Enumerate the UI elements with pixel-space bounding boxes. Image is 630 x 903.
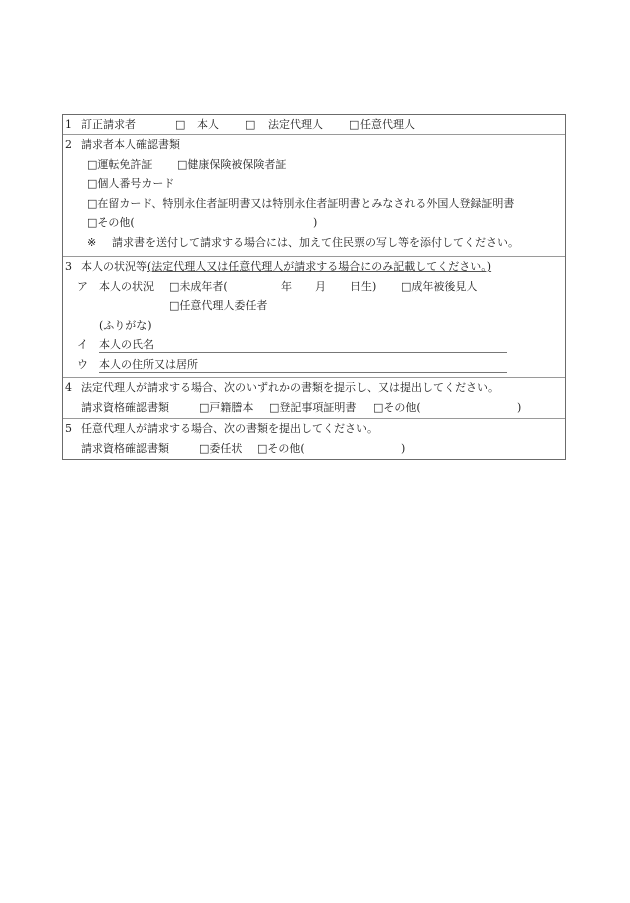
section-identity-documents: 2 請求者本人確認書類 □運転免許証 □健康保険被保険者証 □個人番号カード □… [63, 134, 565, 256]
section-voluntary-agent-documents: 5 任意代理人が請求する場合、次の書類を提出してください。 請求資格確認書類 □… [63, 418, 565, 459]
birth-year-label: 年 [281, 277, 292, 297]
checkbox-power-of-attorney[interactable]: □委任状 [199, 439, 242, 459]
section-number: 1 [65, 115, 72, 135]
qualification-docs-label: 請求資格確認書類 [81, 439, 169, 459]
principal-address-field[interactable] [99, 372, 507, 373]
section-number: 2 [65, 135, 72, 155]
checkbox-adult-ward[interactable]: □成年被後見人 [401, 277, 477, 297]
checkbox-health-insurance-card[interactable]: □健康保険被保険者証 [177, 155, 286, 175]
item-marker-a: ア [77, 277, 88, 297]
section-label: 任意代理人が請求する場合、次の書類を提出してください。 [81, 419, 378, 439]
other-voluntary-doc-close-paren: ) [401, 439, 405, 459]
checkbox-legal-agent[interactable]: □ [245, 115, 255, 135]
section-label: 本人の状況等 [81, 257, 147, 277]
checkbox-self[interactable]: □ [175, 115, 185, 135]
checkbox-other-document[interactable]: □その他( [87, 213, 135, 233]
section-label: 訂正請求者 [81, 115, 136, 135]
other-document-close-paren: ) [313, 213, 317, 233]
section-number: 3 [65, 257, 72, 277]
option-legal-agent-label: 法定代理人 [268, 115, 323, 135]
section-requester: 1 訂正請求者 □ 本人 □ 法定代理人 □ 任意代理人 [63, 115, 565, 134]
checkbox-drivers-license[interactable]: □運転免許証 [87, 155, 152, 175]
mailing-note: 請求書を送付して請求する場合には、加えて住民票の写し等を添付してください。 [112, 233, 519, 253]
section-principal-status: 3 本人の状況等 (法定代理人又は任意代理人が請求する場合にのみ記載してください… [63, 256, 565, 377]
section-legal-agent-documents: 4 法定代理人が請求する場合、次のいずれかの書類を提示し、又は提出してください。… [63, 377, 565, 418]
birth-month-label: 月 [315, 277, 326, 297]
note-mark: ※ [87, 233, 96, 253]
option-voluntary-agent-label: 任意代理人 [360, 115, 415, 135]
section-number: 4 [65, 378, 72, 398]
checkbox-other-legal-doc[interactable]: □その他( [373, 398, 421, 418]
section-label: 請求者本人確認書類 [81, 135, 180, 155]
item-marker-u: ウ [77, 355, 88, 375]
checkbox-minor[interactable]: □未成年者( [169, 277, 228, 297]
checkbox-my-number-card[interactable]: □個人番号カード [87, 174, 174, 194]
checkbox-voluntary-agent[interactable]: □ [349, 115, 359, 135]
qualification-docs-label: 請求資格確認書類 [81, 398, 169, 418]
furigana-label: (ふりがな) [99, 316, 152, 336]
checkbox-voluntary-agent-delegator[interactable]: □任意代理人委任者 [169, 296, 267, 316]
checkbox-residence-card[interactable]: □在留カード、特別永住者証明書又は特別永住者証明書とみなされる外国人登録証明書 [87, 194, 514, 214]
section-label: 法定代理人が請求する場合、次のいずれかの書類を提示し、又は提出してください。 [81, 378, 499, 398]
checkbox-registry-certificate[interactable]: □登記事項証明書 [269, 398, 356, 418]
principal-name-field[interactable] [99, 352, 507, 353]
checkbox-other-voluntary-doc[interactable]: □その他( [257, 439, 305, 459]
correction-request-form-table: 1 訂正請求者 □ 本人 □ 法定代理人 □ 任意代理人 2 請求者本人確認書類… [62, 114, 566, 460]
option-self-label: 本人 [197, 115, 219, 135]
other-legal-doc-close-paren: ) [517, 398, 521, 418]
item-marker-i: イ [77, 335, 88, 355]
principal-status-label: 本人の状況 [99, 277, 154, 297]
birth-day-label: 日生) [350, 277, 376, 297]
section-label-note: (法定代理人又は任意代理人が請求する場合にのみ記載してください。) [147, 257, 491, 277]
section-number: 5 [65, 419, 72, 439]
checkbox-family-register[interactable]: □戸籍謄本 [199, 398, 253, 418]
